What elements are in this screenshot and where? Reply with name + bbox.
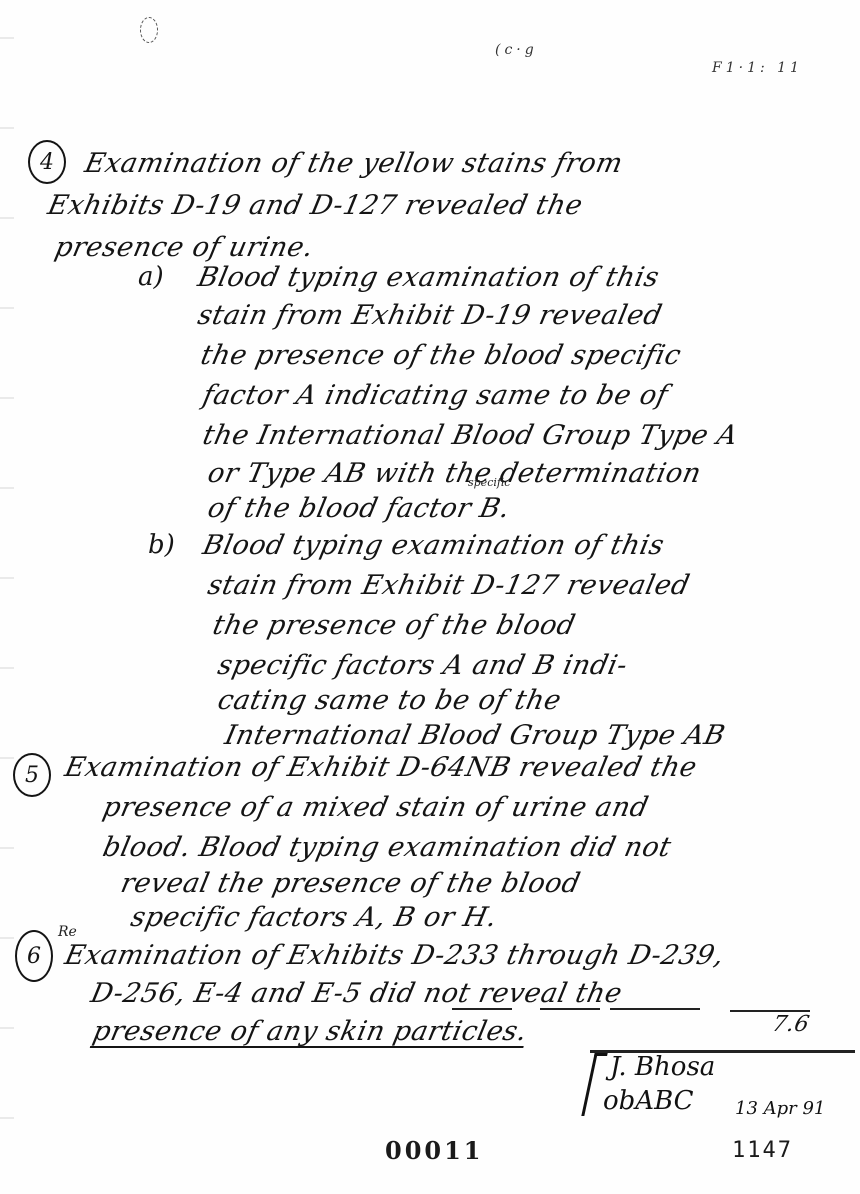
margin-note: 7.6: [770, 1012, 812, 1037]
subitem-a-line-7: of the blood factor B.: [205, 493, 513, 524]
top-center-mark: (c·g: [495, 42, 538, 58]
bates-number: 00011: [385, 1136, 484, 1165]
top-right-mark: F1·1: 11: [712, 60, 803, 76]
subitem-a-line-5: the International Blood Group Type A: [200, 420, 741, 451]
subitem-b-line-4: specific factors A and B indi-: [215, 650, 630, 681]
underline-did: [452, 1008, 512, 1010]
item-4-line-3: presence of urine.: [52, 232, 316, 263]
item-4-line-2: Exhibits D-19 and D-127 revealed the: [45, 190, 586, 221]
subitem-b-line-5: cating same to be of the: [215, 685, 564, 716]
subitem-b-line-1: Blood typing examination of this: [200, 530, 667, 561]
punch-hole-mark: [140, 17, 158, 43]
underline-reveal: [610, 1008, 700, 1010]
item-6-prefix-mark: Re: [58, 924, 77, 940]
subitem-b-line-6: International Blood Group Type AB: [222, 720, 728, 751]
item-number-5: 5: [13, 753, 51, 797]
subitem-a-line-4: factor A indicating same to be of: [200, 380, 671, 411]
subitem-a-line-3: the presence of the blood specific: [198, 340, 684, 371]
page-number: 1147: [732, 1138, 793, 1163]
subitem-b-label: b): [148, 530, 175, 560]
item-5-line-2: presence of a mixed stain of urine and: [100, 792, 651, 823]
underline-the: [730, 1010, 810, 1012]
subitem-b-line-2: stain from Exhibit D-127 revealed: [205, 570, 693, 601]
subitem-a-line-2: stain from Exhibit D-19 revealed: [195, 300, 665, 331]
item-5-line-1: Examination of Exhibit D-64NB revealed t…: [62, 752, 700, 783]
underline-not: [540, 1008, 600, 1010]
item-number-6: 6: [15, 930, 53, 982]
item-5-line-4: reveal the presence of the blood: [118, 868, 583, 899]
item-5-line-3: blood. Blood typing examination did not: [100, 832, 674, 863]
scan-edge-artifact: [0, 0, 14, 1194]
subitem-a-line-6: or Type AB with the determination: [205, 458, 704, 489]
item-6-line-3: presence of any skin particles.: [90, 1016, 530, 1047]
signature-line-2: obABC: [603, 1086, 694, 1116]
item-4-line-1: Examination of the yellow stains from: [82, 148, 626, 179]
insertion-note: specific: [468, 476, 510, 489]
subitem-a-line-1: Blood typing examination of this: [195, 262, 662, 293]
item-6-line-1: Examination of Exhibits D-233 through D-…: [62, 940, 727, 971]
subitem-a-label: a): [138, 262, 164, 292]
item-5-line-5: specific factors A, B or H.: [128, 902, 500, 933]
item-number-4: 4: [28, 140, 66, 184]
signature-line-1: J. Bhosa: [610, 1052, 715, 1082]
subitem-b-line-3: the presence of the blood: [210, 610, 578, 641]
item-6-line-2: D-256, E-4 and E-5 did not reveal the: [88, 978, 625, 1009]
scanned-document-page: (c·g F1·1: 11 4 Examination of the yello…: [0, 0, 860, 1194]
signature-date: 13 Apr 91: [735, 1098, 825, 1119]
